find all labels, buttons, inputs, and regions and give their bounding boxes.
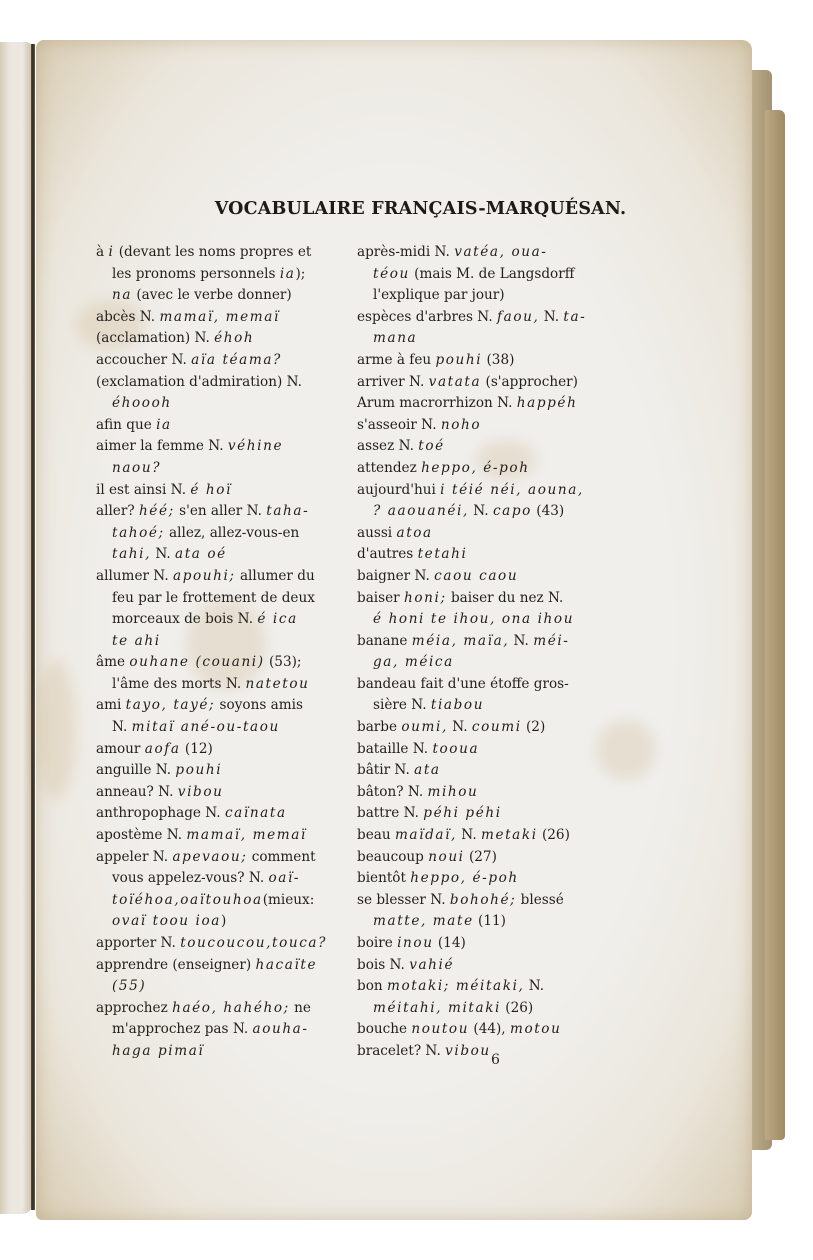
- vocabulary-line: apporter N. toucoucou,touca?: [96, 933, 343, 955]
- vocabulary-line: (exclamation d'admiration) N.: [96, 372, 343, 394]
- marquesan-term: pouhi: [175, 762, 222, 778]
- marquesan-term: tiabou: [431, 697, 484, 713]
- marquesan-term: vahié: [409, 957, 454, 973]
- marquesan-term: tahi,: [112, 546, 151, 562]
- marquesan-term: bohohé;: [450, 892, 516, 908]
- vocabulary-line: naou?: [96, 458, 343, 480]
- vocabulary-line: ga, méica: [357, 652, 607, 674]
- marquesan-term: i téié néi, aouna,: [440, 482, 584, 498]
- vocabulary-line: il est ainsi N. é hoï: [96, 480, 343, 502]
- vocabulary-line: feu par le frottement de deux: [96, 588, 343, 610]
- vocabulary-line: bois N. vahié: [357, 955, 607, 977]
- vocabulary-line: ami tayo, tayé; soyons amis: [96, 695, 343, 717]
- page-number: 6: [491, 1052, 500, 1068]
- marquesan-term: toé: [418, 438, 445, 454]
- vocabulary-line: anthropophage N. caïnata: [96, 803, 343, 825]
- vocabulary-line: anguille N. pouhi: [96, 760, 343, 782]
- marquesan-term: noutou: [411, 1021, 469, 1037]
- vocabulary-line: apostème N. mamaï, memaï: [96, 825, 343, 847]
- marquesan-term: vatéa, oua-: [454, 244, 547, 260]
- vocabulary-line: baiser honi; baiser du nez N.: [357, 588, 607, 610]
- marquesan-term: ia: [280, 266, 296, 282]
- marquesan-term: i: [108, 244, 114, 260]
- vocabulary-line: banane méia, maïa, N. méi-: [357, 631, 607, 653]
- vocabulary-line: méitahi, mitaki (26): [357, 998, 607, 1020]
- marquesan-term: noui: [428, 849, 464, 865]
- marquesan-term: maïdaï,: [395, 827, 457, 843]
- vocabulary-line: s'asseoir N. noho: [357, 415, 607, 437]
- vocabulary-line: bracelet? N. vibou: [357, 1041, 607, 1063]
- marquesan-term: te ahi: [112, 633, 161, 649]
- marquesan-term: capo: [493, 503, 532, 519]
- vocabulary-line: assez N. toé: [357, 436, 607, 458]
- marquesan-term: vibou: [178, 784, 224, 800]
- marquesan-term: metaki: [481, 827, 538, 843]
- vocabulary-line: barbe oumi, N. coumi (2): [357, 717, 607, 739]
- marquesan-term: heppo, é-poh: [410, 870, 519, 886]
- marquesan-term: caou caou: [434, 568, 518, 584]
- marquesan-term: é hoï: [190, 482, 232, 498]
- marquesan-term: héé;: [139, 503, 175, 519]
- marquesan-term: honi;: [404, 590, 447, 606]
- vocabulary-line: battre N. péhi péhi: [357, 803, 607, 825]
- marquesan-term: vatata: [429, 374, 482, 390]
- marquesan-term: ? aaouanéi,: [373, 503, 469, 519]
- vocabulary-line: bataille N. tooua: [357, 739, 607, 761]
- vocabulary-line: ? aaouanéi, N. capo (43): [357, 501, 607, 523]
- vocabulary-column-right: après-midi N. vatéa, oua-téou (mais M. d…: [357, 242, 607, 1063]
- vocabulary-line: ovaï toou ioa): [96, 911, 343, 933]
- marquesan-term: éhoooh: [112, 395, 172, 411]
- vocabulary-line: beaucoup noui (27): [357, 847, 607, 869]
- marquesan-term: naou?: [112, 460, 161, 476]
- marquesan-term: oaï-: [269, 870, 301, 886]
- vocabulary-line: bon motaki; méitaki, N.: [357, 976, 607, 998]
- vocabulary-line: bouche noutou (44), motou: [357, 1019, 607, 1041]
- vocabulary-line: tahi, N. ata oé: [96, 544, 343, 566]
- stain: [36, 660, 76, 800]
- marquesan-term: aofa: [145, 741, 181, 757]
- vocabulary-line: aussi atoa: [357, 523, 607, 545]
- vocabulary-line: bandeau fait d'une étoffe gros-: [357, 674, 607, 696]
- vocabulary-column-left: à i (devant les noms propres etles prono…: [96, 242, 343, 1063]
- vocabulary-line: l'âme des morts N. natetou: [96, 674, 343, 696]
- marquesan-term: atoa: [396, 525, 432, 541]
- vocabulary-line: après-midi N. vatéa, oua-: [357, 242, 607, 264]
- marquesan-term: haga pimaï: [112, 1043, 204, 1059]
- marquesan-term: mamaï, memaï: [186, 827, 306, 843]
- fore-edge-pages-back: [765, 110, 785, 1140]
- vocabulary-line: arriver N. vatata (s'approcher): [357, 372, 607, 394]
- marquesan-term: na: [112, 287, 132, 303]
- marquesan-term: ta-: [563, 309, 586, 325]
- vocabulary-line: à i (devant les noms propres et: [96, 242, 343, 264]
- vocabulary-line: âme ouhane (couani) (53);: [96, 652, 343, 674]
- vocabulary-line: téou (mais M. de Langsdorff: [357, 264, 607, 286]
- vocabulary-line: toïéhoa,oaïtouhoa(mieux:: [96, 890, 343, 912]
- vocabulary-line: vous appelez-vous? N. oaï-: [96, 868, 343, 890]
- vocabulary-line: matte, mate (11): [357, 911, 607, 933]
- vocabulary-line: aller? héé; s'en aller N. taha-: [96, 501, 343, 523]
- marquesan-term: méitahi, mitaki: [373, 1000, 501, 1016]
- vocabulary-line: espèces d'arbres N. faou, N. ta-: [357, 307, 607, 329]
- vocabulary-line: aimer la femme N. véhine: [96, 436, 343, 458]
- marquesan-term: heppo, é-poh: [421, 460, 530, 476]
- vocabulary-line: bâtir N. ata: [357, 760, 607, 782]
- vocabulary-line: Arum macrorrhizon N. happéh: [357, 393, 607, 415]
- vocabulary-line: les pronoms personnels ia);: [96, 264, 343, 286]
- vocabulary-line: boire inou (14): [357, 933, 607, 955]
- vocabulary-line: se blesser N. bohohé; blessé: [357, 890, 607, 912]
- marquesan-term: vibou: [445, 1043, 491, 1059]
- marquesan-term: apouhi;: [173, 568, 236, 584]
- marquesan-term: é ica: [257, 611, 297, 627]
- marquesan-term: tooua: [432, 741, 479, 757]
- vocabulary-line: aujourd'hui i téié néi, aouna,: [357, 480, 607, 502]
- vocabulary-line: mana: [357, 328, 607, 350]
- vocabulary-line: allumer N. apouhi; allumer du: [96, 566, 343, 588]
- marquesan-term: mitaï ané-ou-taou: [132, 719, 280, 735]
- marquesan-term: é honi te ihou, ona ihou: [373, 611, 574, 627]
- vocabulary-line: accoucher N. aïa téama?: [96, 350, 343, 372]
- marquesan-term: mamaï, memaï: [159, 309, 279, 325]
- marquesan-term: haéo, hahého;: [172, 1000, 290, 1016]
- marquesan-term: coumi: [472, 719, 522, 735]
- marquesan-term: ata oé: [175, 546, 227, 562]
- marquesan-term: péhi péhi: [423, 805, 501, 821]
- vocabulary-line: beau maïdaï, N. metaki (26): [357, 825, 607, 847]
- marquesan-term: noho: [441, 417, 481, 433]
- vocabulary-line: d'autres tetahi: [357, 544, 607, 566]
- page-title: VOCABULAIRE FRANÇAIS-MARQUÉSAN.: [0, 199, 813, 219]
- marquesan-term: tahoé;: [112, 525, 165, 541]
- marquesan-term: inou: [397, 935, 433, 951]
- marquesan-term: pouhi: [435, 352, 482, 368]
- vocabulary-line: baigner N. caou caou: [357, 566, 607, 588]
- marquesan-term: oumi,: [401, 719, 448, 735]
- vocabulary-line: na (avec le verbe donner): [96, 285, 343, 307]
- vocabulary-line: é honi te ihou, ona ihou: [357, 609, 607, 631]
- marquesan-term: véhine: [228, 438, 283, 454]
- marquesan-term: tayo, tayé;: [126, 697, 216, 713]
- marquesan-term: (55): [112, 978, 146, 994]
- marquesan-term: ga, méica: [373, 654, 454, 670]
- vocabulary-line: sière N. tiabou: [357, 695, 607, 717]
- vocabulary-line: abcès N. mamaï, memaï: [96, 307, 343, 329]
- marquesan-term: ouhane (couani): [129, 654, 264, 670]
- marquesan-term: méi-: [533, 633, 569, 649]
- vocabulary-line: arme à feu pouhi (38): [357, 350, 607, 372]
- marquesan-term: ata: [414, 762, 440, 778]
- marquesan-term: aïa téama?: [191, 352, 282, 368]
- vocabulary-line: éhoooh: [96, 393, 343, 415]
- vocabulary-line: te ahi: [96, 631, 343, 653]
- marquesan-term: natetou: [246, 676, 310, 692]
- marquesan-term: toucoucou,touca?: [180, 935, 327, 951]
- vocabulary-line: haga pimaï: [96, 1041, 343, 1063]
- vocabulary-line: bientôt heppo, é-poh: [357, 868, 607, 890]
- vocabulary-line: afin que ia: [96, 415, 343, 437]
- marquesan-term: mana: [373, 330, 417, 346]
- marquesan-term: happéh: [517, 395, 578, 411]
- marquesan-term: matte, mate: [373, 913, 474, 929]
- marquesan-term: ovaï toou ioa: [112, 913, 221, 929]
- marquesan-term: éhoh: [214, 330, 254, 346]
- marquesan-term: hacaïte: [255, 957, 317, 973]
- marquesan-term: faou,: [497, 309, 539, 325]
- marquesan-term: taha-: [266, 503, 309, 519]
- vocabulary-line: tahoé; allez, allez-vous-en: [96, 523, 343, 545]
- vocabulary-line: l'explique par jour): [357, 285, 607, 307]
- marquesan-term: téou: [373, 266, 410, 282]
- vocabulary-line: N. mitaï ané-ou-taou: [96, 717, 343, 739]
- vocabulary-line: (acclamation) N. éhoh: [96, 328, 343, 350]
- vocabulary-line: attendez heppo, é-poh: [357, 458, 607, 480]
- vocabulary-line: m'approchez pas N. aouha-: [96, 1019, 343, 1041]
- marquesan-term: motaki; méitaki,: [387, 978, 524, 994]
- marquesan-term: mihou: [427, 784, 478, 800]
- marquesan-term: tetahi: [418, 546, 468, 562]
- marquesan-term: apevaou;: [172, 849, 247, 865]
- marquesan-term: caïnata: [225, 805, 287, 821]
- marquesan-term: motou: [510, 1021, 561, 1037]
- marquesan-term: toïéhoa,oaïtouhoa: [112, 892, 263, 908]
- vocabulary-line: amour aofa (12): [96, 739, 343, 761]
- vocabulary-line: anneau? N. vibou: [96, 782, 343, 804]
- vocabulary-line: (55): [96, 976, 343, 998]
- vocabulary-line: apprendre (enseigner) hacaïte: [96, 955, 343, 977]
- vocabulary-line: appeler N. apevaou; comment: [96, 847, 343, 869]
- marquesan-term: ia: [156, 417, 172, 433]
- vocabulary-line: bâton? N. mihou: [357, 782, 607, 804]
- vocabulary-line: morceaux de bois N. é ica: [96, 609, 343, 631]
- marquesan-term: aouha-: [252, 1021, 308, 1037]
- vocabulary-line: approchez haéo, hahého; ne: [96, 998, 343, 1020]
- marquesan-term: méia, maïa,: [412, 633, 509, 649]
